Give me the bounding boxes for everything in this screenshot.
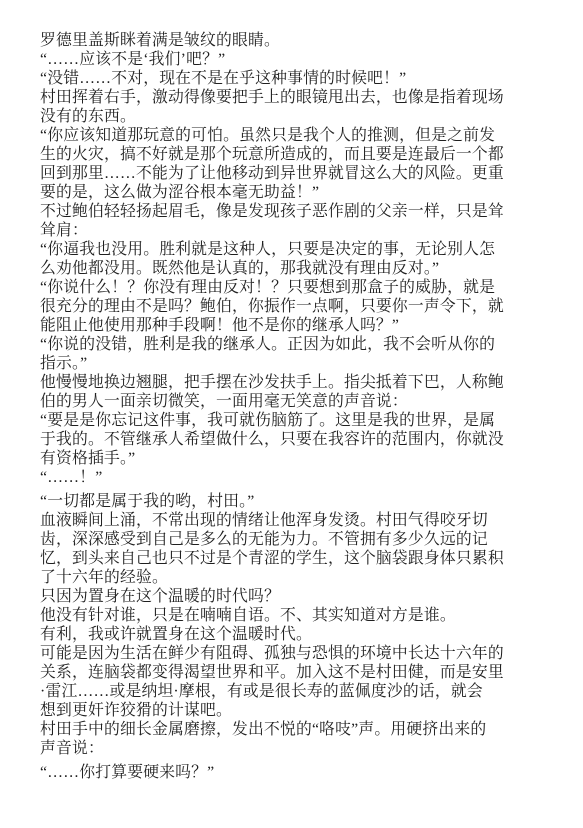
text-line: 能阻止他使用那种手段啊！他不是你的继承人吗？” [40, 316, 549, 335]
text-line: “你说的没错，胜利是我的继承人。正因为如此，我不会听从你的 [40, 335, 549, 354]
text-line: 没有的东西。 [40, 107, 549, 126]
text-line: 血液瞬间上涌，不常出现的情绪让他浑身发烫。村田气得咬牙切 [40, 511, 549, 530]
text-line: 回到那里……不能为了让他移动到异世界就冒这么大的风险。更重 [40, 164, 549, 183]
text-line: 村田手中的细长金属磨擦，发出不悦的“咯吱”声。用硬挤出来的 [40, 720, 549, 739]
text-line: 只因为置身在这个温暖的时代吗？ [40, 587, 549, 606]
text-line: “……应该不是‘我们’吧？” [40, 50, 549, 69]
text-line: “……！” [40, 468, 549, 487]
text-line: 他慢慢地换边翘腿，把手摆在沙发扶手上。指尖抵着下巴，人称鲍 [40, 373, 549, 392]
text-line: 指示。” [40, 354, 549, 373]
text-line: 有利，我或许就置身在这个温暖时代。 [40, 625, 549, 644]
text-line: 不过鲍伯轻轻扬起眉毛，像是发现孩子恶作剧的父亲一样，只是耸 [40, 202, 549, 221]
text-line: “……你打算要硬来吗？” [40, 763, 549, 782]
text-line: 罗德里盖斯眯着满是皱纹的眼睛。 [40, 31, 549, 50]
text-line: “你应该知道那玩意的可怕。虽然只是我个人的推测，但是之前发 [40, 126, 549, 145]
text-line: ·雷江……或是纳坦·摩根，有或是很长寿的蓝佩度沙的话，就会 [40, 682, 549, 701]
text-line: “没错……不对，现在不是在乎这种事情的时候吧！” [40, 69, 549, 88]
text-line: 么劝他都没用。既然他是认真的，那我就没有理由反对。” [40, 259, 549, 278]
text-line: 想到更奸诈狡猾的计谋吧。 [40, 701, 549, 720]
text-line: 生的火灾，搞不好就是那个玩意所造成的，而且要是连最后一个都 [40, 145, 549, 164]
text-line: 要的是，这么做为涩谷根本毫无助益！” [40, 183, 549, 202]
text-line: “一切都是属于我的哟，村田。” [40, 492, 549, 511]
text-line: 他没有针对谁，只是在喃喃自语。不、其实知道对方是谁。 [40, 606, 549, 625]
text-line: “要是是你忘记这件事，我可就伤脑筋了。这里是我的世界，是属 [40, 411, 549, 430]
text-line: 很充分的理由不是吗？鲍伯，你振作一点啊，只要你一声令下，就 [40, 297, 549, 316]
text-line: 耸肩： [40, 221, 549, 240]
text-line: 村田挥着右手，激动得像要把手上的眼镜甩出去，也像是指着现场 [40, 88, 549, 107]
text-line: 关系，连脑袋都变得渴望世界和平。加入这不是村田健，而是安里 [40, 663, 549, 682]
text-line: 可能是因为生活在鲜少有阻碍、孤独与恐惧的环境中长达十六年的 [40, 644, 549, 663]
text-line: “你逼我也没用。胜利就是这种人，只要是决定的事，无论别人怎 [40, 240, 549, 259]
text-line: 于我的。不管继承人希望做什么，只要在我容许的范围内，你就没 [40, 430, 549, 449]
text-line: 了十六年的经验。 [40, 568, 549, 587]
novel-page: 罗德里盖斯眯着满是皱纹的眼睛。 “……应该不是‘我们’吧？” “没错……不对，现… [0, 0, 583, 828]
text-line: 伯的男人一面亲切微笑，一面用毫无笑意的声音说： [40, 392, 549, 411]
text-line: 有资格插手。” [40, 449, 549, 468]
text-line: “你说什么！？你没有理由反对！？只要想到那盒子的威胁，就是 [40, 278, 549, 297]
text-line: 忆，到头来自己也只不过是个青涩的学生，这个脑袋跟身体只累积 [40, 549, 549, 568]
text-line: 齿，深深感受到自己是多么的无能为力。不管拥有多少久远的记 [40, 530, 549, 549]
text-line: 声音说： [40, 739, 549, 758]
